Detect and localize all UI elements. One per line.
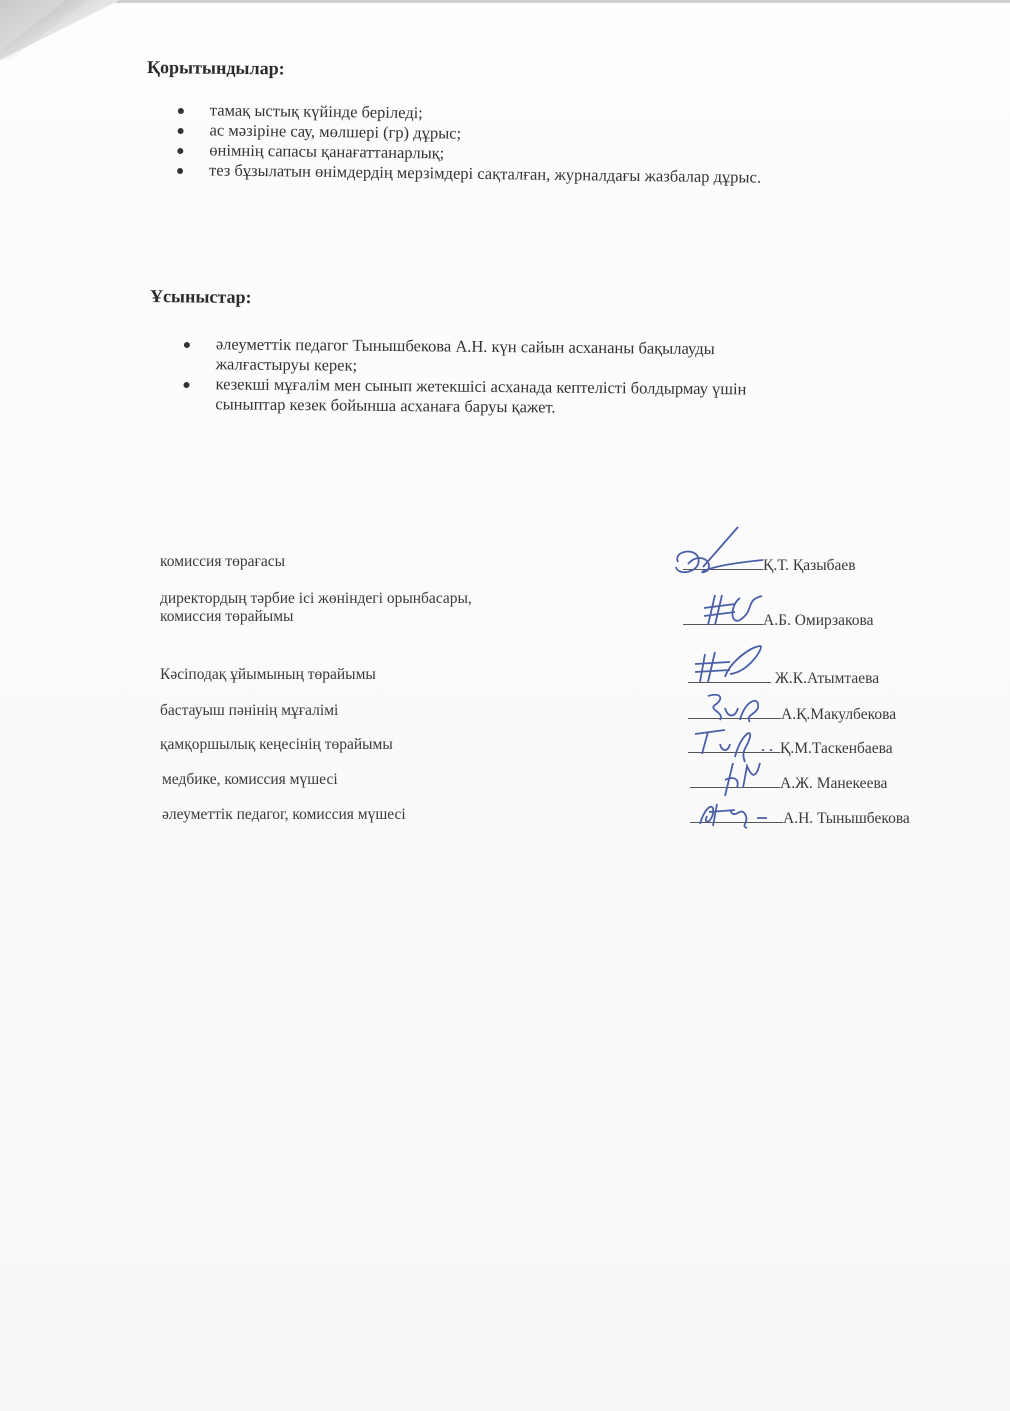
bullet-icon [177, 148, 183, 154]
recommendations-heading: Ұсыныстар: [150, 286, 252, 308]
signatory-name: А.Ж. Манекеева [780, 775, 887, 792]
signatory-name: А.Қ.Макулбекова [781, 706, 896, 723]
recommendations-list: әлеуметтік педагог Тынышбекова А.Н. күн … [183, 334, 747, 419]
bullet-icon [178, 128, 184, 134]
signatory-role: бастауыш пәнінің мұғалімі [160, 702, 338, 720]
signatory-name: Қ.Т. Қазыбаев [763, 557, 856, 574]
conclusions-heading: Қорытындылар: [147, 57, 285, 79]
page-top-edge [0, 0, 1010, 3]
signature-line: А.Қ.Макулбекова [688, 704, 896, 724]
signatory-role: қамқоршылық кеңесінің төрайымы [160, 736, 393, 754]
signatory-name: Ж.К.Атымтаева [771, 670, 879, 687]
signatory-role: комиссия төрағасы [160, 553, 285, 571]
conclusions-list: тамақ ыстық күйінде беріледі; ас мәзірін… [177, 100, 762, 188]
signatory-role: әлеуметтік педагог, комиссия мүшесі [162, 806, 406, 824]
signatory-role: Кәсіподақ ұйымының төрайымы [160, 666, 376, 684]
bullet-icon [177, 168, 183, 174]
signature-line: Қ.Т. Қазыбаев [683, 555, 856, 575]
signatory-name: Қ.М.Таскенбаева [780, 740, 893, 757]
signatory-role: директордың тәрбие ісі жөніндегі орынбас… [160, 590, 472, 626]
signatory-name: А.Н. Тынышбекова [783, 810, 910, 827]
signature-line: Ж.К.Атымтаева [688, 668, 879, 688]
signatory-role: медбике, комиссия мүшесі [162, 771, 338, 789]
signature-line: А.Н. Тынышбекова [690, 808, 910, 828]
list-item: кезекші мұғалім мен сынып жетекшісі асха… [183, 374, 746, 419]
list-item: әлеуметтік педагог Тынышбекова А.Н. күн … [184, 334, 747, 379]
signatory-name: А.Б. Омирзакова [763, 612, 873, 629]
signature-line: Қ.М.Таскенбаева [688, 738, 893, 758]
signature-line: А.Ж. Манекеева [690, 773, 887, 793]
signature-line: А.Б. Омирзакова [683, 610, 873, 630]
bullet-icon [184, 342, 190, 348]
bullet-icon [178, 108, 184, 114]
scanned-page: Қорытындылар: тамақ ыстық күйінде беріле… [0, 0, 1010, 1411]
bullet-icon [183, 382, 189, 388]
